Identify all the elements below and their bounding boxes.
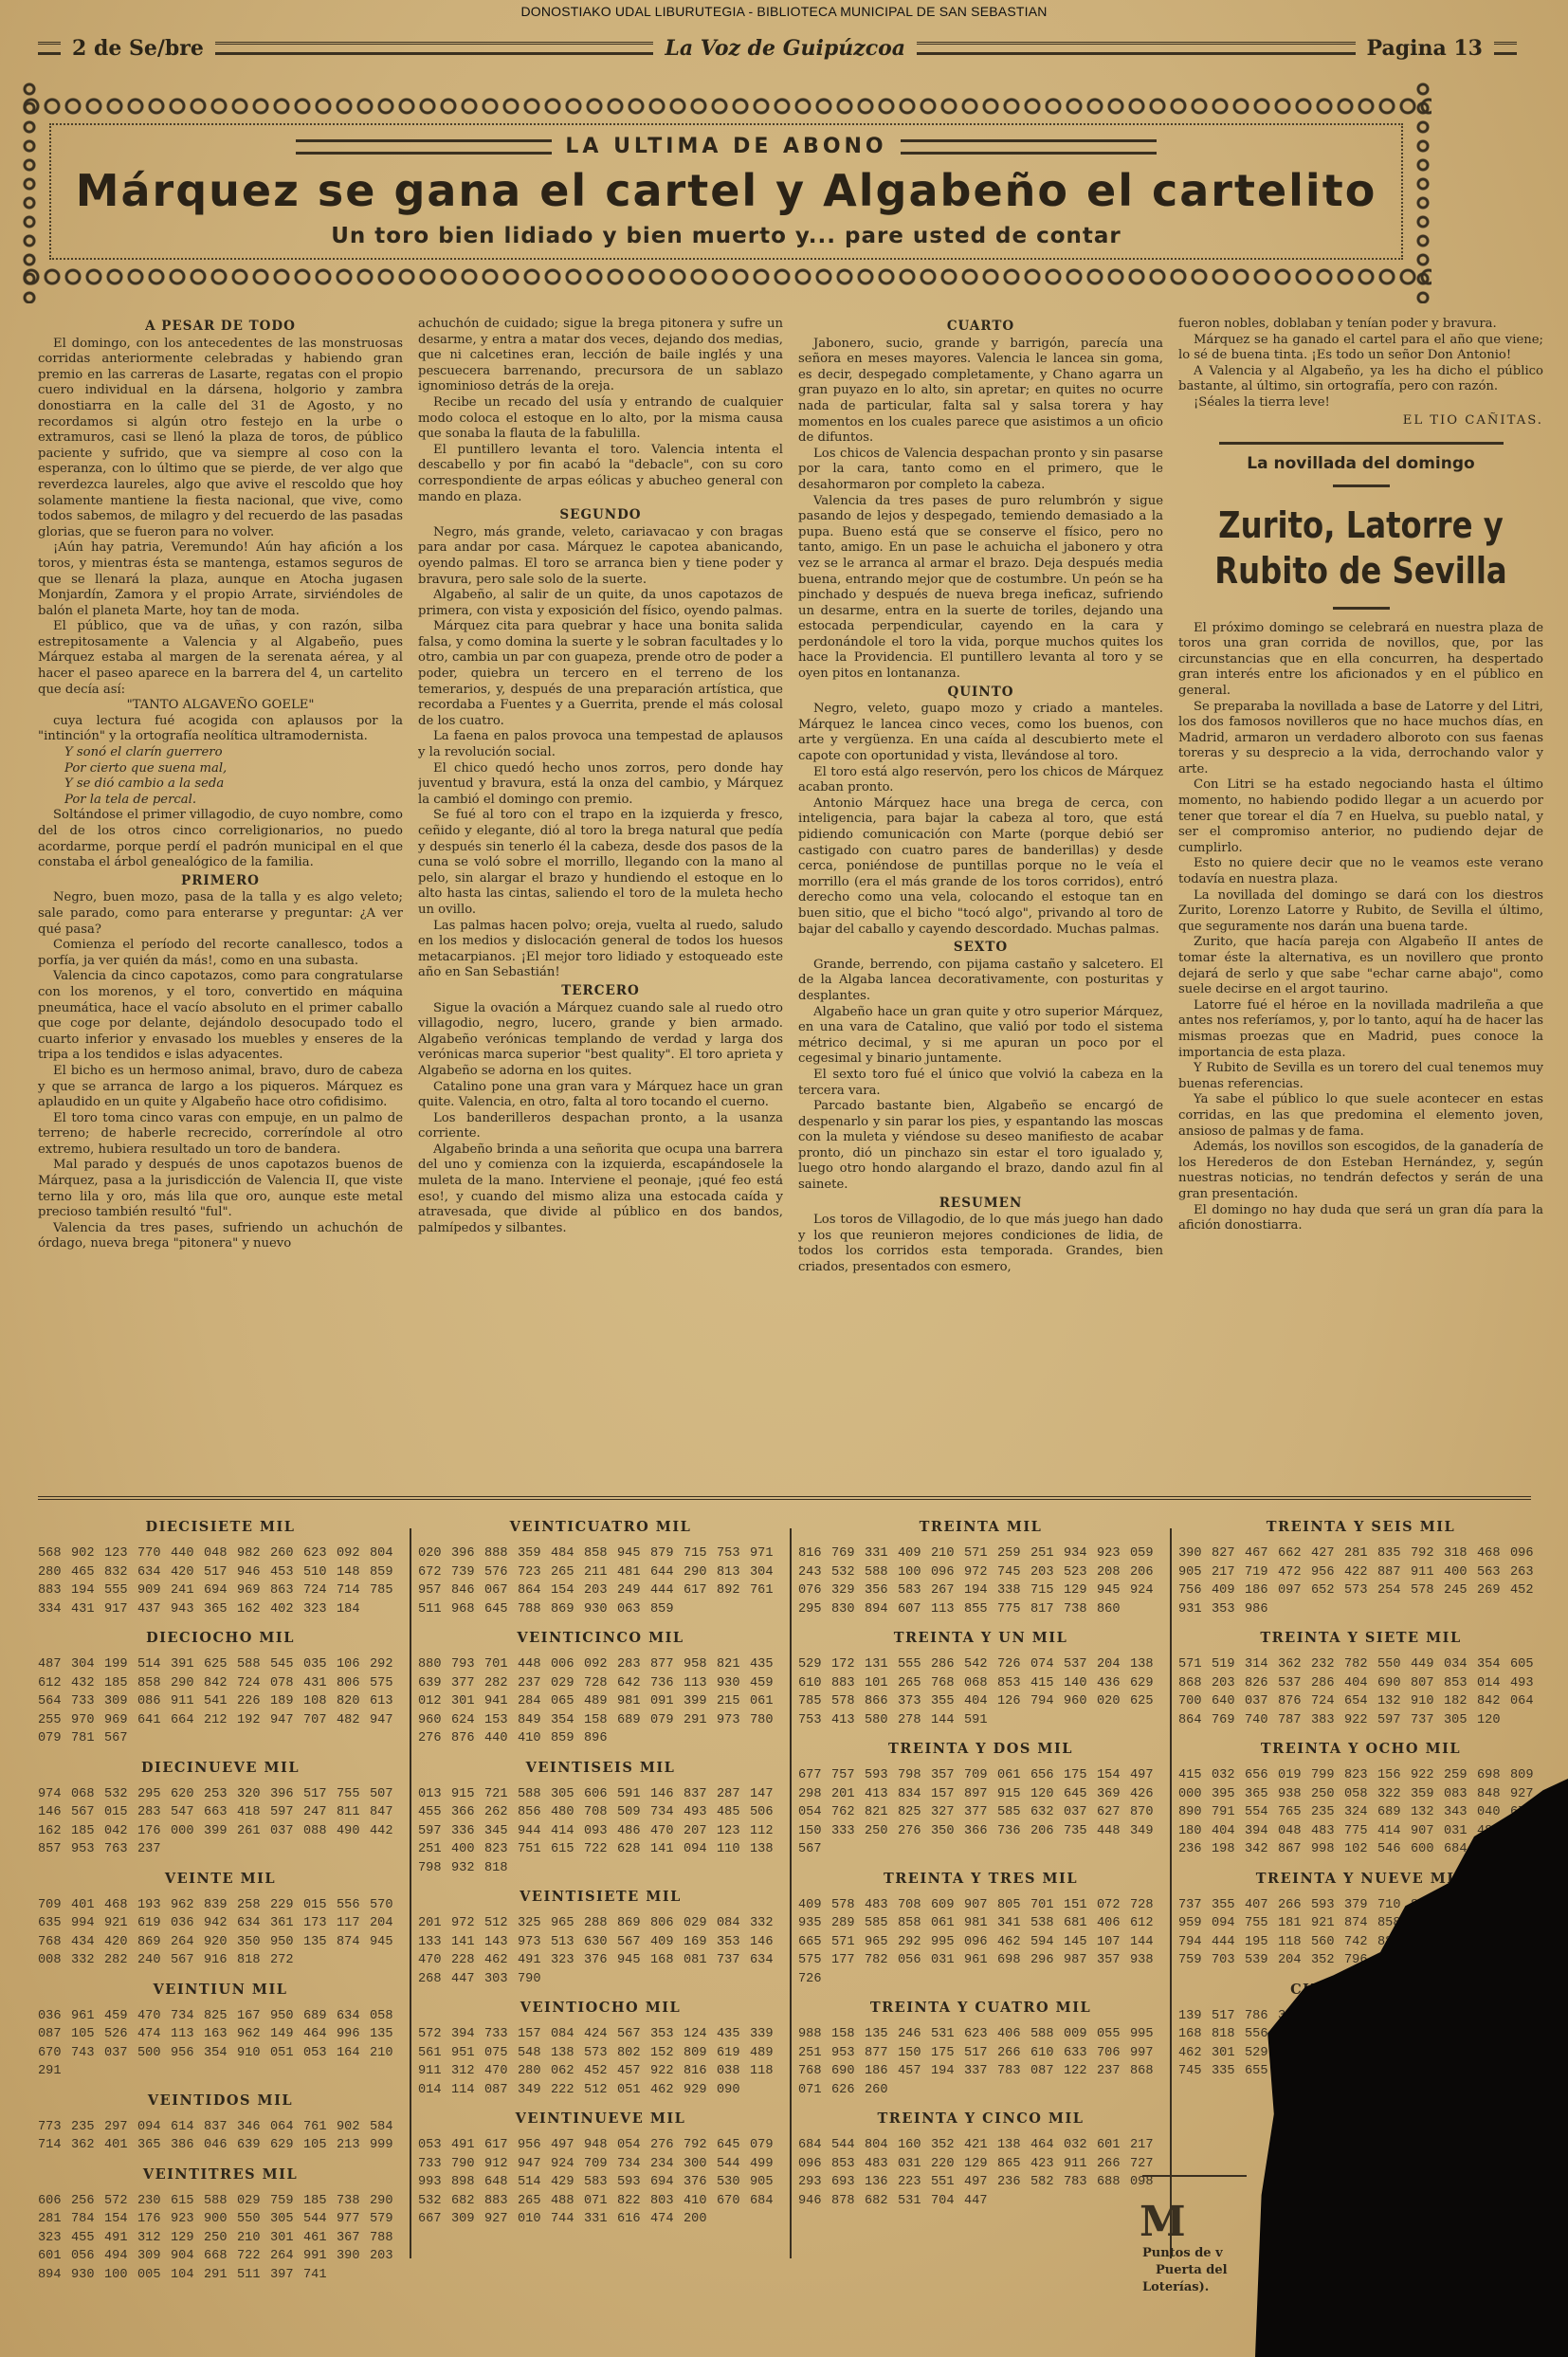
paragraph: Negro, veleto, guapo mozo y criado a man… (798, 702, 1163, 764)
lottery-number: 612 (38, 1674, 71, 1693)
lottery-number: 324 (1344, 1803, 1377, 1822)
paragraph: Negro, más grande, veleto, cariavacao y … (418, 525, 783, 588)
lottery-number: 614 (171, 2118, 204, 2137)
lottery-number: 401 (104, 2136, 137, 2155)
lottery-number: 097 (1278, 1581, 1311, 1600)
lottery-number: 900 (204, 2210, 237, 2229)
paragraph: El bicho es un hermoso animal, bravo, du… (38, 1064, 403, 1111)
lottery-number: 887 (1377, 1563, 1411, 1582)
paragraph: Márquez se ha ganado el cartel para el a… (1178, 333, 1543, 364)
lottery-number: 915 (451, 1785, 484, 1804)
lottery-number: 670 (38, 2044, 71, 2063)
lottery-number: 071 (798, 2081, 831, 2100)
lottery-number: 229 (270, 1896, 303, 1915)
lottery-number: 734 (617, 2155, 650, 2174)
lottery-number: 489 (584, 1692, 617, 1711)
lottery-number: 753 (798, 1711, 831, 1730)
lottery-number: 359 (518, 1544, 551, 1563)
section-divider (38, 1496, 1531, 1500)
lottery-number: 965 (865, 1933, 898, 1952)
lottery-number: 594 (1030, 1933, 1064, 1952)
lottery-number: 482 (337, 1711, 370, 1730)
lottery-number: 694 (204, 1581, 237, 1600)
paragraph: El domingo, con los antecedentes de las … (38, 337, 403, 541)
lottery-number: 897 (964, 1785, 997, 1804)
lottery-number: 031 (931, 1951, 964, 1970)
lottery-number: 911 (418, 2062, 451, 2081)
article-columns: A PESAR DE TODO El domingo, con los ante… (38, 317, 1536, 1492)
lottery-number: 215 (717, 1692, 750, 1711)
paragraph: La faena en palos provoca una tempestad … (418, 729, 783, 760)
paragraph: El sexto toro fué el único que volvió la… (798, 1068, 1163, 1099)
lottery-number: 902 (337, 2118, 370, 2137)
lottery-section: TREINTA Y DOS MIL67775759379835770906165… (798, 1741, 1163, 1859)
advert-text: Puntos de v Puerta del Loterías). (1142, 2245, 1256, 2296)
lottery-number: 431 (303, 1674, 337, 1693)
lottery-number: 106 (337, 1655, 370, 1674)
lottery-number: 265 (551, 1563, 584, 1582)
lottery-number: 768 (931, 1674, 964, 1693)
lottery-number: 058 (1344, 1785, 1377, 1804)
lottery-number: 312 (137, 2229, 171, 2248)
lottery-number: 946 (798, 2192, 831, 2211)
lottery-number: 367 (337, 2229, 370, 2248)
lottery-number: 734 (650, 1803, 684, 1822)
scroll-ornament-border (21, 264, 1431, 290)
lottery-number: 135 (303, 1933, 337, 1952)
lottery-number: 560 (1311, 1933, 1344, 1952)
lottery-number: 783 (1064, 2173, 1097, 2192)
lottery-number: 555 (104, 1581, 137, 1600)
lottery-number: 865 (997, 2155, 1030, 2174)
lottery-number: 888 (484, 1544, 518, 1563)
lottery-number: 399 (204, 1822, 237, 1841)
ornamental-rule (1178, 599, 1543, 615)
lottery-number: 084 (717, 1914, 750, 1933)
lottery-number: 616 (617, 2210, 650, 2229)
lottery-number: 151 (1064, 1896, 1097, 1915)
lottery-number: 180 (1178, 1822, 1212, 1841)
paragraph: Y Rubito de Sevilla es un torero del cua… (1178, 1061, 1543, 1092)
lottery-number: 619 (137, 1914, 171, 1933)
lottery-section-title: TREINTA MIL (798, 1519, 1163, 1535)
lottery-number: 148 (337, 1563, 370, 1582)
lottery-number: 532 (418, 2192, 451, 2211)
paragraph: Antonio Márquez hace una brega de cerca,… (798, 796, 1163, 938)
lottery-number: 472 (1278, 1563, 1311, 1582)
lottery-number: 830 (831, 1600, 865, 1619)
lottery-number: 701 (1030, 1896, 1064, 1915)
lottery-number: 593 (865, 1766, 898, 1785)
lottery-number: 537 (1278, 1674, 1311, 1693)
lottery-number: 365 (204, 1600, 237, 1619)
lottery-number-grid: 0369614594707348251679506896340580871055… (38, 2007, 403, 2081)
advert-rule (1142, 2175, 1247, 2177)
lottery-number: 276 (418, 1729, 451, 1748)
lottery-number: 728 (1130, 1896, 1163, 1915)
lottery-number: 868 (1130, 2062, 1163, 2081)
lottery-number: 210 (931, 1544, 964, 1563)
lottery-number: 639 (237, 2136, 270, 2155)
lottery-number: 079 (650, 1711, 684, 1730)
lottery-number: 950 (270, 2007, 303, 2026)
lottery-number: 362 (1278, 1655, 1311, 1674)
paragraph: El toro está algo reservón, pero los chi… (798, 765, 1163, 796)
lottery-number-grid: 2019725123259652888698060290843321331411… (418, 1914, 783, 1988)
section-heading: QUINTO (798, 685, 1163, 701)
lottery-number: 448 (518, 1655, 551, 1674)
paragraph: Sigue la ovación a Márquez cuando sale a… (418, 1001, 783, 1080)
lottery-number: 867 (1278, 1840, 1311, 1859)
lottery-number: 290 (370, 2192, 403, 2211)
lottery-number: 591 (964, 1711, 997, 1730)
lottery-number: 304 (750, 1563, 783, 1582)
lottery-number: 951 (451, 2044, 484, 2063)
lottery-number: 427 (1311, 1544, 1344, 1563)
lottery-number: 354 (204, 2044, 237, 2063)
lottery-number: 762 (831, 1803, 865, 1822)
lottery-number: 232 (1311, 1655, 1344, 1674)
lottery-number: 826 (1245, 1674, 1278, 1693)
lottery-number: 240 (137, 1951, 171, 1970)
paragraph: Valencia da cinco capotazos, como para c… (38, 969, 403, 1064)
lottery-number: 663 (204, 1803, 237, 1822)
lottery-number: 921 (1311, 1914, 1344, 1933)
lottery-number: 334 (38, 1600, 71, 1619)
lottery-number: 531 (898, 2192, 931, 2211)
lottery-number: 930 (584, 1600, 617, 1619)
lottery-number: 497 (964, 2173, 997, 2192)
lottery-number: 061 (750, 1692, 783, 1711)
lottery-number: 152 (650, 2044, 684, 2063)
lottery-number: 874 (337, 1933, 370, 1952)
lottery-number: 627 (1097, 1803, 1130, 1822)
lottery-number: 645 (484, 1600, 518, 1619)
lottery-number: 146 (750, 1933, 783, 1952)
lottery-number: 158 (584, 1711, 617, 1730)
lottery-section-title: TREINTA Y CINCO MIL (798, 2110, 1163, 2127)
lottery-number: 995 (1130, 2025, 1163, 2044)
lottery-number: 626 (831, 2081, 865, 2100)
lottery-number: 625 (1130, 1692, 1163, 1711)
lottery-number: 236 (1178, 1840, 1212, 1859)
lottery-number: 839 (204, 1896, 237, 1915)
lottery-number: 186 (865, 2062, 898, 2081)
lottery-number: 927 (484, 2210, 518, 2229)
lottery-number: 682 (451, 2192, 484, 2211)
lottery-number: 759 (1178, 1951, 1212, 1970)
lottery-number: 110 (717, 1840, 750, 1859)
lottery-number: 350 (237, 1933, 270, 1952)
lottery-number: 775 (997, 1600, 1030, 1619)
lottery-number: 272 (270, 1951, 303, 1970)
lottery-number: 714 (337, 1581, 370, 1600)
lottery-number: 079 (38, 1729, 71, 1748)
lottery-number: 168 (650, 1951, 684, 1970)
lottery-number: 866 (865, 1692, 898, 1711)
novillada-kicker: La novillada del domingo (1178, 456, 1543, 472)
lottery-number: 333 (831, 1822, 865, 1841)
lottery-number: 615 (171, 2192, 204, 2211)
lottery-number: 571 (831, 1933, 865, 1952)
lottery-number: 259 (1444, 1766, 1477, 1785)
lottery-number: 656 (1030, 1766, 1064, 1785)
lottery-number: 634 (337, 2007, 370, 2026)
lottery-number: 020 (1097, 1692, 1130, 1711)
lottery-number: 563 (1477, 1563, 1510, 1582)
lottery-number: 323 (303, 1600, 337, 1619)
lottery-number: 684 (750, 2192, 783, 2211)
lottery-number: 739 (451, 1563, 484, 1582)
lottery-number: 245 (1444, 1581, 1477, 1600)
lottery-number: 064 (270, 2118, 303, 2137)
lottery-number: 431 (71, 1600, 104, 1619)
lottery-number: 961 (964, 1951, 997, 1970)
lottery-number: 459 (104, 2007, 137, 2026)
paragraph: Jabonero, sucio, grande y barrigón, pare… (798, 337, 1163, 447)
lottery-number: 176 (137, 2210, 171, 2229)
lottery-number: 079 (750, 2136, 783, 2155)
lottery-number: 366 (964, 1822, 997, 1841)
advert-line: Loterías). (1142, 2279, 1256, 2296)
lottery-number: 816 (684, 2062, 717, 2081)
lottery-number: 291 (38, 2062, 71, 2081)
lottery-number: 260 (865, 2081, 898, 2100)
lottery-number: 087 (38, 2025, 71, 2044)
lottery-number: 714 (38, 2136, 71, 2155)
lottery-number: 107 (1097, 1933, 1130, 1952)
lottery-section: DIECISIETE MIL56890212377044004898226062… (38, 1519, 403, 1618)
lottery-number: 172 (831, 1655, 865, 1674)
lottery-number: 724 (1311, 1692, 1344, 1711)
lottery-number: 607 (898, 1600, 931, 1619)
lottery-section-title: VEINTICINCO MIL (418, 1630, 783, 1646)
lottery-number: 837 (684, 1785, 717, 1804)
lottery-number: 015 (104, 1803, 137, 1822)
lottery-number: 048 (204, 1544, 237, 1563)
lottery-number: 911 (1411, 1563, 1444, 1582)
lottery-number: 953 (71, 1840, 104, 1859)
lottery-section-title: TREINTA Y UN MIL (798, 1630, 1163, 1646)
lottery-number: 256 (71, 2192, 104, 2211)
lottery-number: 213 (337, 2136, 370, 2155)
lottery-number: 343 (1444, 1803, 1477, 1822)
lottery-number: 138 (1130, 1655, 1163, 1674)
lottery-number: 410 (518, 1729, 551, 1748)
lottery-number: 876 (1278, 1692, 1311, 1711)
masthead-title: La Voz de Guipúzcoa (665, 36, 905, 61)
lottery-number: 009 (1064, 2025, 1097, 2044)
lottery-number: 929 (684, 2081, 717, 2100)
lottery-number: 737 (1411, 1711, 1444, 1730)
lottery-number: 742 (1344, 1933, 1377, 1952)
lottery-number: 194 (71, 1581, 104, 1600)
paragraph: Se preparaba la novillada a base de Lato… (1178, 700, 1543, 778)
lottery-number: 283 (137, 1803, 171, 1822)
lottery-number-grid: 5715193143622327825504490343546058682038… (1178, 1655, 1543, 1729)
lottery-number: 338 (997, 1581, 1030, 1600)
paragraph: El domingo no hay duda que será un gran … (1178, 1203, 1543, 1234)
lottery-number: 448 (1097, 1822, 1130, 1841)
lottery-number: 090 (717, 2081, 750, 2100)
lottery-number: 349 (518, 2081, 551, 2100)
lottery-number: 755 (337, 1785, 370, 1804)
lottery-number: 922 (650, 2062, 684, 2081)
lottery-number: 288 (584, 1914, 617, 1933)
advert-line: Puntos de v (1142, 2245, 1256, 2262)
lottery-number-grid: 4095784837086099078057011510727289352895… (798, 1896, 1163, 1989)
lottery-number: 414 (1377, 1822, 1411, 1841)
lottery-section: VEINTISEIS MIL01391572158830560659114683… (418, 1760, 783, 1878)
lottery-number: 514 (518, 2173, 551, 2192)
lottery-number: 726 (798, 1970, 831, 1989)
lottery-number: 259 (997, 1544, 1030, 1563)
headline-kicker: LA ULTIMA DE ABONO (21, 135, 1431, 158)
lottery-number: 915 (997, 1785, 1030, 1804)
lottery-number: 911 (171, 1692, 204, 1711)
lottery-number: 917 (104, 1600, 137, 1619)
lottery-number: 058 (370, 2007, 403, 2026)
lottery-number: 357 (931, 1766, 964, 1785)
lottery-number: 055 (1097, 2025, 1130, 2044)
lottery-number: 354 (551, 1711, 584, 1730)
lottery-number: 394 (451, 2025, 484, 2044)
lottery-number: 550 (1377, 1655, 1411, 1674)
lottery-number: 775 (1344, 1822, 1377, 1841)
lottery-number: 910 (237, 2044, 270, 2063)
lottery-number: 267 (931, 1581, 964, 1600)
lottery-number: 414 (551, 1822, 584, 1841)
lottery-number: 105 (303, 2136, 337, 2155)
lottery-number: 791 (1212, 1803, 1245, 1822)
lottery-number: 132 (1377, 1692, 1411, 1711)
lottery-number: 974 (38, 1785, 71, 1804)
lottery-section-title: VEINTISIETE MIL (418, 1889, 783, 1905)
lottery-number: 849 (518, 1711, 551, 1730)
paragraph: El puntillero levanta el toro. Valencia … (418, 443, 783, 505)
lottery-number: 972 (964, 1563, 997, 1582)
lottery-number: 868 (1178, 1674, 1212, 1693)
lottery-number: 074 (1030, 1655, 1064, 1674)
lottery-number: 207 (684, 1822, 717, 1841)
lottery-number: 517 (303, 1785, 337, 1804)
lottery-number: 249 (617, 1581, 650, 1600)
lottery-number: 143 (484, 1933, 518, 1952)
subheadline: Un toro bien lidiado y bien muerto y... … (21, 224, 1431, 248)
lottery-number: 804 (370, 1544, 403, 1563)
lottery-number: 813 (717, 1563, 750, 1582)
lottery-section-title: TREINTA Y TRES MIL (798, 1871, 1163, 1887)
lottery-number: 610 (1030, 2044, 1064, 2063)
lottery-number: 462 (650, 2081, 684, 2100)
lottery-number: 806 (650, 1914, 684, 1933)
masthead-rule (215, 42, 653, 55)
lottery-number: 124 (684, 2025, 717, 2044)
lottery-number: 126 (997, 1692, 1030, 1711)
lottery-section-title: VEINTIUN MIL (38, 1982, 403, 1998)
lottery-number: 146 (38, 1803, 71, 1822)
lottery-number: 108 (303, 1692, 337, 1711)
lottery-number: 357 (1097, 1951, 1130, 1970)
lottery-number: 513 (551, 1933, 584, 1952)
paragraph: Además, los novillos son escogidos, de l… (1178, 1140, 1543, 1202)
lottery-number: 722 (237, 2247, 270, 2266)
lottery-number: 780 (750, 1711, 783, 1730)
lottery-number: 546 (1377, 1840, 1411, 1859)
lottery-number: 977 (337, 2210, 370, 2229)
lottery-number: 280 (518, 2062, 551, 2081)
lottery-number: 597 (1377, 1711, 1411, 1730)
paragraph: cuya lectura fué acogida con aplausos po… (38, 714, 403, 745)
lottery-number: 945 (617, 1544, 650, 1563)
lottery-number: 597 (270, 1803, 303, 1822)
paragraph: Negro, buen mozo, pasa de la talla y es … (38, 890, 403, 938)
lottery-number: 356 (865, 1581, 898, 1600)
lottery-number: 588 (204, 2192, 237, 2211)
ornamental-rule (1178, 477, 1543, 493)
lottery-column: VEINTICUATRO MIL020396888359484858945879… (418, 1509, 783, 2357)
masthead-rule (1494, 42, 1517, 55)
lottery-number: 571 (1178, 1655, 1212, 1674)
lottery-number: 101 (865, 1674, 898, 1693)
lottery-number: 184 (337, 1600, 370, 1619)
lottery-number: 784 (71, 2210, 104, 2229)
lottery-number: 809 (1510, 1766, 1543, 1785)
lottery-number: 212 (204, 1711, 237, 1730)
lottery-number: 905 (1178, 1563, 1212, 1582)
paragraph: El próximo domingo se celebrará en nuest… (1178, 621, 1543, 700)
lottery-number: 005 (137, 2266, 171, 2285)
lottery-number: 531 (931, 2025, 964, 2044)
lottery-number: 634 (750, 1951, 783, 1970)
lottery-number: 804 (865, 2136, 898, 2155)
lottery-number: 409 (798, 1896, 831, 1915)
lottery-number: 269 (1477, 1581, 1510, 1600)
lottery-number: 723 (518, 1563, 551, 1582)
lottery-number: 736 (650, 1674, 684, 1693)
lottery-number: 727 (1130, 2155, 1163, 2174)
lottery-section: TREINTA Y SIETE MIL571519314362232782550… (1178, 1630, 1543, 1729)
lottery-number: 880 (418, 1655, 451, 1674)
lottery-number: 150 (798, 1822, 831, 1841)
lottery-number: 805 (997, 1896, 1030, 1915)
lottery-number: 173 (303, 1914, 337, 1933)
lottery-number: 455 (418, 1803, 451, 1822)
lottery-number: 359 (1411, 1785, 1444, 1804)
lottery-number: 118 (750, 2062, 783, 2081)
paragraph: Soltándose el primer villagodio, de cuyo… (38, 808, 403, 870)
lottery-number: 790 (451, 2155, 484, 2174)
lottery-number: 056 (71, 2247, 104, 2266)
lottery-number: 858 (898, 1914, 931, 1933)
lottery-number: 842 (1477, 1692, 1510, 1711)
lottery-number: 945 (1097, 1581, 1130, 1600)
lottery-number: 164 (337, 2044, 370, 2063)
lottery-number: 930 (71, 2266, 104, 2285)
lottery-number: 141 (451, 1933, 484, 1952)
lottery-number: 421 (964, 2136, 997, 2155)
lottery-number: 413 (831, 1711, 865, 1730)
lottery-number: 620 (171, 1785, 204, 1804)
lottery-number: 487 (38, 1655, 71, 1674)
lottery-number-grid: 3908274676624272818357923184680969052177… (1178, 1544, 1543, 1618)
lottery-number: 262 (484, 1803, 518, 1822)
lottery-section-title: VEINTITRES MIL (38, 2166, 403, 2183)
lottery-number: 593 (1311, 1896, 1344, 1915)
lottery-number: 422 (1344, 1563, 1377, 1582)
lottery-number: 061 (931, 1914, 964, 1933)
lottery-number-grid: 6062565722306155880297591857382902817841… (38, 2192, 403, 2285)
